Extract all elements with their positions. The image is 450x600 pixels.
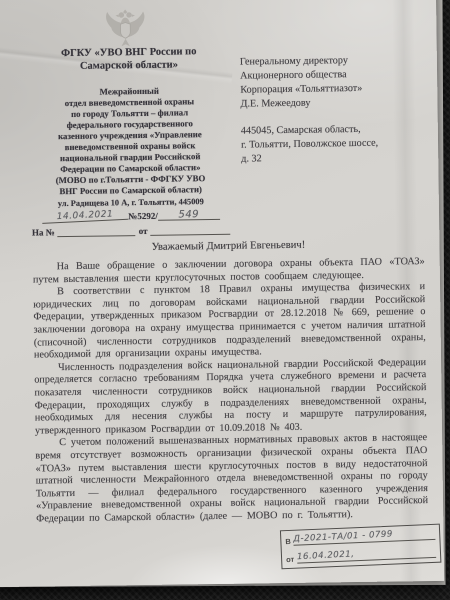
letter-body: На Ваше обращение о заключении договора … bbox=[33, 256, 429, 526]
reference-date-blank bbox=[150, 224, 230, 236]
body-paragraph-4: С учетом положений вышеназванных нормати… bbox=[35, 432, 428, 526]
letter-content: ФГКУ «УВО ВНГ России по Самарской област… bbox=[0, 0, 450, 600]
org-name-line: Самарской области» bbox=[25, 58, 233, 73]
stamp-number-row: В Д-2021-ТА/01 - 0799 bbox=[285, 528, 435, 546]
stamp-date-blank: 16.04.2021, bbox=[297, 546, 436, 564]
body-paragraph-3: Численность подразделения войск национал… bbox=[34, 357, 427, 438]
outgoing-number-handwritten: 549 bbox=[158, 209, 220, 221]
stamp-date-row: от 16.04.2021, bbox=[286, 546, 436, 564]
stamp-date-handwritten: 16.04.2021, bbox=[297, 545, 436, 562]
letterhead-block: ФГКУ «УВО ВНГ России по Самарской област… bbox=[25, 46, 236, 238]
letterhead-org-name: ФГКУ «УВО ВНГ России по Самарской област… bbox=[25, 46, 233, 74]
body-paragraph-2: В соответствии с пунктом 18 Правил охран… bbox=[33, 281, 426, 362]
incoming-registration-stamp: В Д-2021-ТА/01 - 0799 от 16.04.2021, bbox=[280, 524, 441, 570]
letterhead-address-line: ул. Радищева 10 А, г. Тольятти, 445009 bbox=[27, 196, 235, 210]
photo-of-letter: { "letterhead": { "org_name_lines": ["ФГ… bbox=[0, 0, 450, 600]
reference-number-blank bbox=[58, 225, 136, 237]
reference-label-na: На № bbox=[32, 227, 55, 237]
addressee-address-line: д. 32 bbox=[241, 150, 426, 167]
salutation: Уважаемый Дмитрий Евгеньевич! bbox=[32, 238, 424, 254]
outgoing-number-line: 14.04.2021№5292/549 bbox=[27, 209, 235, 223]
letterhead-division: Межрайонный отдел вневедомственной охран… bbox=[25, 85, 235, 198]
stamp-in-label: В bbox=[285, 537, 291, 546]
reference-number-line: На № от bbox=[27, 224, 235, 238]
stamp-number-handwritten: Д-2021-ТА/01 - 0799 bbox=[293, 527, 435, 544]
stamp-date-label: от bbox=[286, 555, 294, 564]
addressee-block: Генеральному директору Акционерного обще… bbox=[240, 53, 427, 167]
paper-sheet: ФГКУ «УВО ВНГ России по Самарской област… bbox=[0, 0, 444, 587]
reference-label-ot: от bbox=[139, 226, 148, 236]
outgoing-date-handwritten: 14.04.2021 bbox=[42, 209, 128, 224]
outgoing-number-prefix: №5292/ bbox=[128, 211, 158, 221]
stamp-number-blank: Д-2021-ТА/01 - 0799 bbox=[293, 528, 435, 546]
